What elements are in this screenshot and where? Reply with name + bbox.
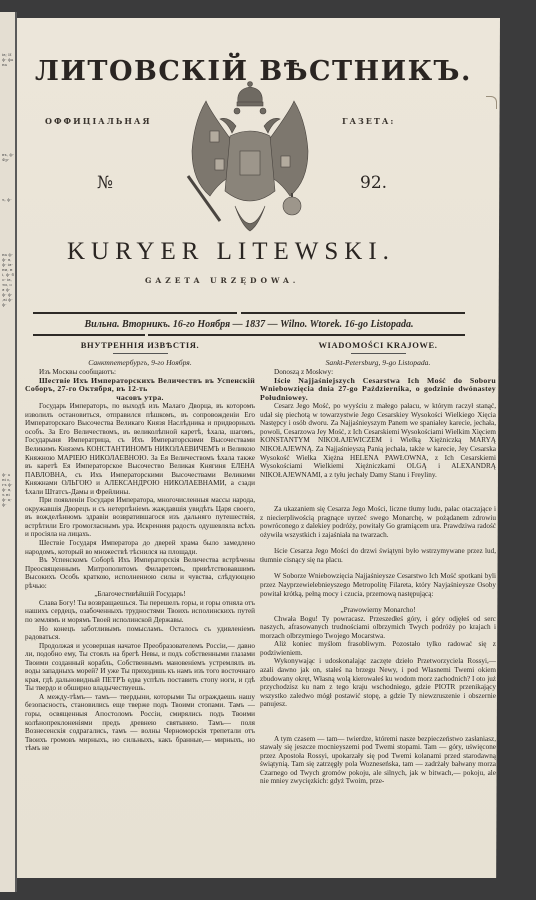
adjacent-text-fragment: на ф- ф- я, ф- ія- ни, ні, ф- бо- ів, ти… (2, 252, 14, 307)
newspaper-page: ЛИТОВСКІЙ ВѢСТНИКЪ. ОФФИЦІАЛЬНАЯ ГАЗЕТА:… (17, 18, 500, 878)
issue-number-label: № (97, 173, 113, 193)
adjacent-text-fragment: ъ, ф- (2, 197, 14, 202)
page-corner-fold (486, 96, 497, 109)
masthead-subtitle: GAZETA URZĘDOWA. (145, 276, 299, 285)
paragraph: Aliż koniec myślom frasobliwym. Pozostał… (260, 640, 496, 657)
adjacent-page-strip: ів; Иф- фа на въ, ф- Фр- ъ, ф- на ф- ф- … (0, 12, 17, 892)
masthead-title-polish: KURYER LITEWSKI. (67, 238, 437, 266)
double-headed-eagle-icon (180, 81, 320, 256)
paragraph: „Prawowierny Monarcho! (260, 606, 496, 615)
paragraph: Cesarz Jego Mość, po wyyściu z małego pa… (260, 402, 496, 479)
issue-number: 92. (360, 173, 387, 193)
polish-column: WIADOMOŚCI KRAJOWE. Sankt-Petersburg, 9-… (260, 337, 496, 786)
section-title-polish: WIADOMOŚCI KRAJOWE. (260, 341, 496, 350)
paragraph: Шествіе Государя Императора до дверей хр… (25, 539, 255, 556)
section-divider (351, 353, 406, 354)
bottom-rule-left (33, 334, 145, 336)
place-date-polish: Sankt-Petersburg, 9-go Listopada. (260, 359, 496, 368)
bottom-rule-right (148, 334, 465, 336)
paragraph: При появленіи Государя Императора, много… (25, 496, 255, 539)
paragraph: W Soborze Wniebowzięcia Najjaśnieysze Ce… (260, 572, 496, 598)
paragraph: Iście Cesarza Jego Mości do drzwi świąty… (260, 547, 496, 564)
paragraph: Слава Богу! Ты возвращаешься. Ты перешел… (25, 599, 255, 625)
paragraph: часовъ утра. (25, 394, 255, 403)
official-label-left: ОФФИЦІАЛЬНАЯ (45, 116, 152, 126)
official-label-right: ГАЗЕТА: (342, 116, 395, 126)
paragraph: A tym czasem — tam— twierdze, któremi na… (260, 735, 496, 786)
paragraph: Za ukazaniem się Cesarza Jego Mości, lic… (260, 505, 496, 539)
dateline: Вильна. Вторникъ. 16-го Ноября — 1837 — … (39, 319, 459, 330)
paragraph: Продолжая и усовершая начатое Преобразов… (25, 642, 255, 693)
adjacent-text-fragment: ф- а ні ь, гъ ф- ф- я, ъ ні ф- ц- ф- (2, 472, 14, 507)
top-rule-left (33, 312, 237, 314)
paragraph: Въ Успенскомъ Соборѣ Ихъ Императорскія В… (25, 556, 255, 590)
paragraph: Chwała Bogu! Ty powracasz. Przeszedłeś g… (260, 615, 496, 641)
adjacent-text-fragment: въ, ф- Фр- (2, 152, 14, 162)
section-title-russian: ВНУТРЕННІЯ ИЗВѢСТІЯ. (25, 341, 255, 350)
paragraph: Государь Императоръ, по выходѣ изъ Малаг… (25, 402, 255, 496)
paragraph: „Благочестивѣйшій Государь! (25, 590, 255, 599)
section-divider (113, 353, 168, 354)
paragraph: Wykonywając i udoskonalając zaczęte dzie… (260, 657, 496, 708)
top-rule-right (241, 312, 465, 314)
adjacent-text-fragment: ів; Иф- фа на (2, 52, 14, 67)
paragraph: Iście Najjaśniejszych Cesarstwa Ich Mość… (260, 377, 496, 403)
paragraph: Шествіе Ихъ Императорскихъ Величествъ въ… (25, 377, 255, 394)
place-date-russian: Санктпетербургъ, 9-го Ноября. (25, 359, 255, 368)
paragraph: А между-тѣмъ— тамъ— твердыни, которыми Т… (25, 693, 255, 753)
paragraph: Но конецъ заботливымъ помысламъ. Осталос… (25, 625, 255, 642)
russian-column: ВНУТРЕННІЯ ИЗВѢСТІЯ. Санктпетербургъ, 9-… (25, 337, 255, 753)
